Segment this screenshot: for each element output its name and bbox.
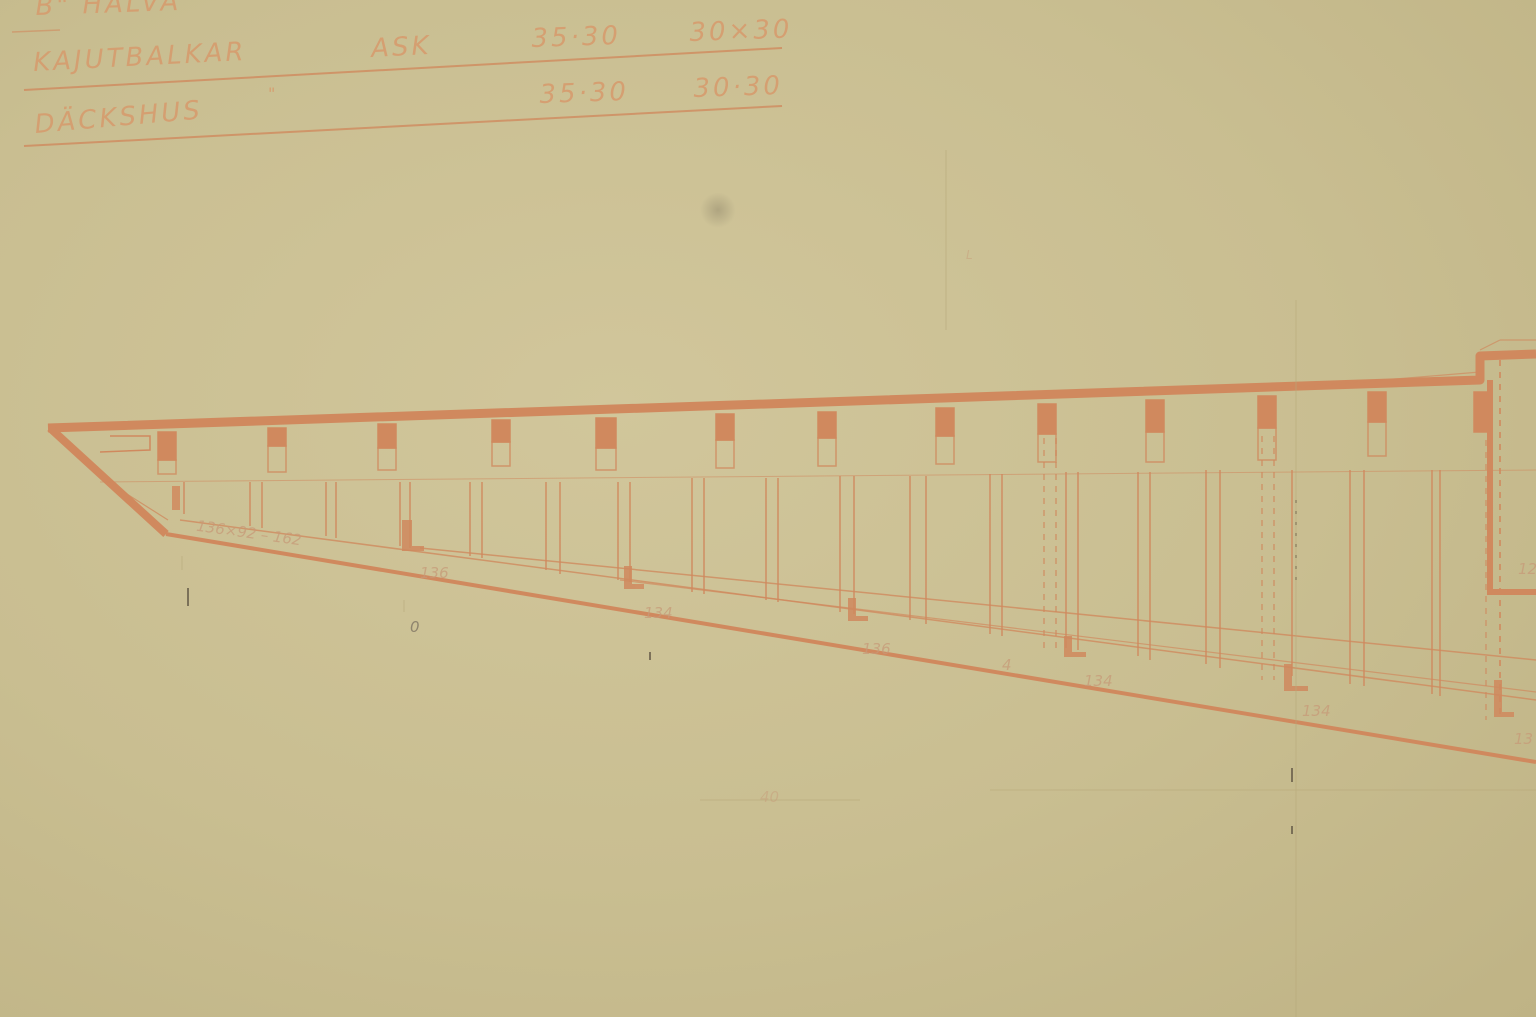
hull-profile-drawing [0, 0, 1536, 1017]
frame-5-dimension: 134 [1302, 702, 1331, 720]
frame-4-dimension: 134 [1084, 672, 1113, 690]
bottom-label: 40 [760, 788, 779, 806]
frame-2-dimension: 136 [862, 640, 891, 658]
frame-6-dimension: 13 [1514, 730, 1533, 748]
frame-0-dimension: 136 [420, 564, 449, 582]
frame-3-dimension: 4 [1002, 656, 1012, 674]
frame-1-dimension: 134 [644, 604, 673, 622]
drawing-sheet: B" HALVA KAJUTBALKAR ASK 35·30 30×30 DÄC… [0, 0, 1536, 1017]
top-mark: L [966, 248, 973, 262]
frame-0-label: 0 [410, 618, 420, 636]
pencil-marks [188, 500, 1296, 834]
bulkhead-dimension: 12 [1518, 560, 1536, 578]
